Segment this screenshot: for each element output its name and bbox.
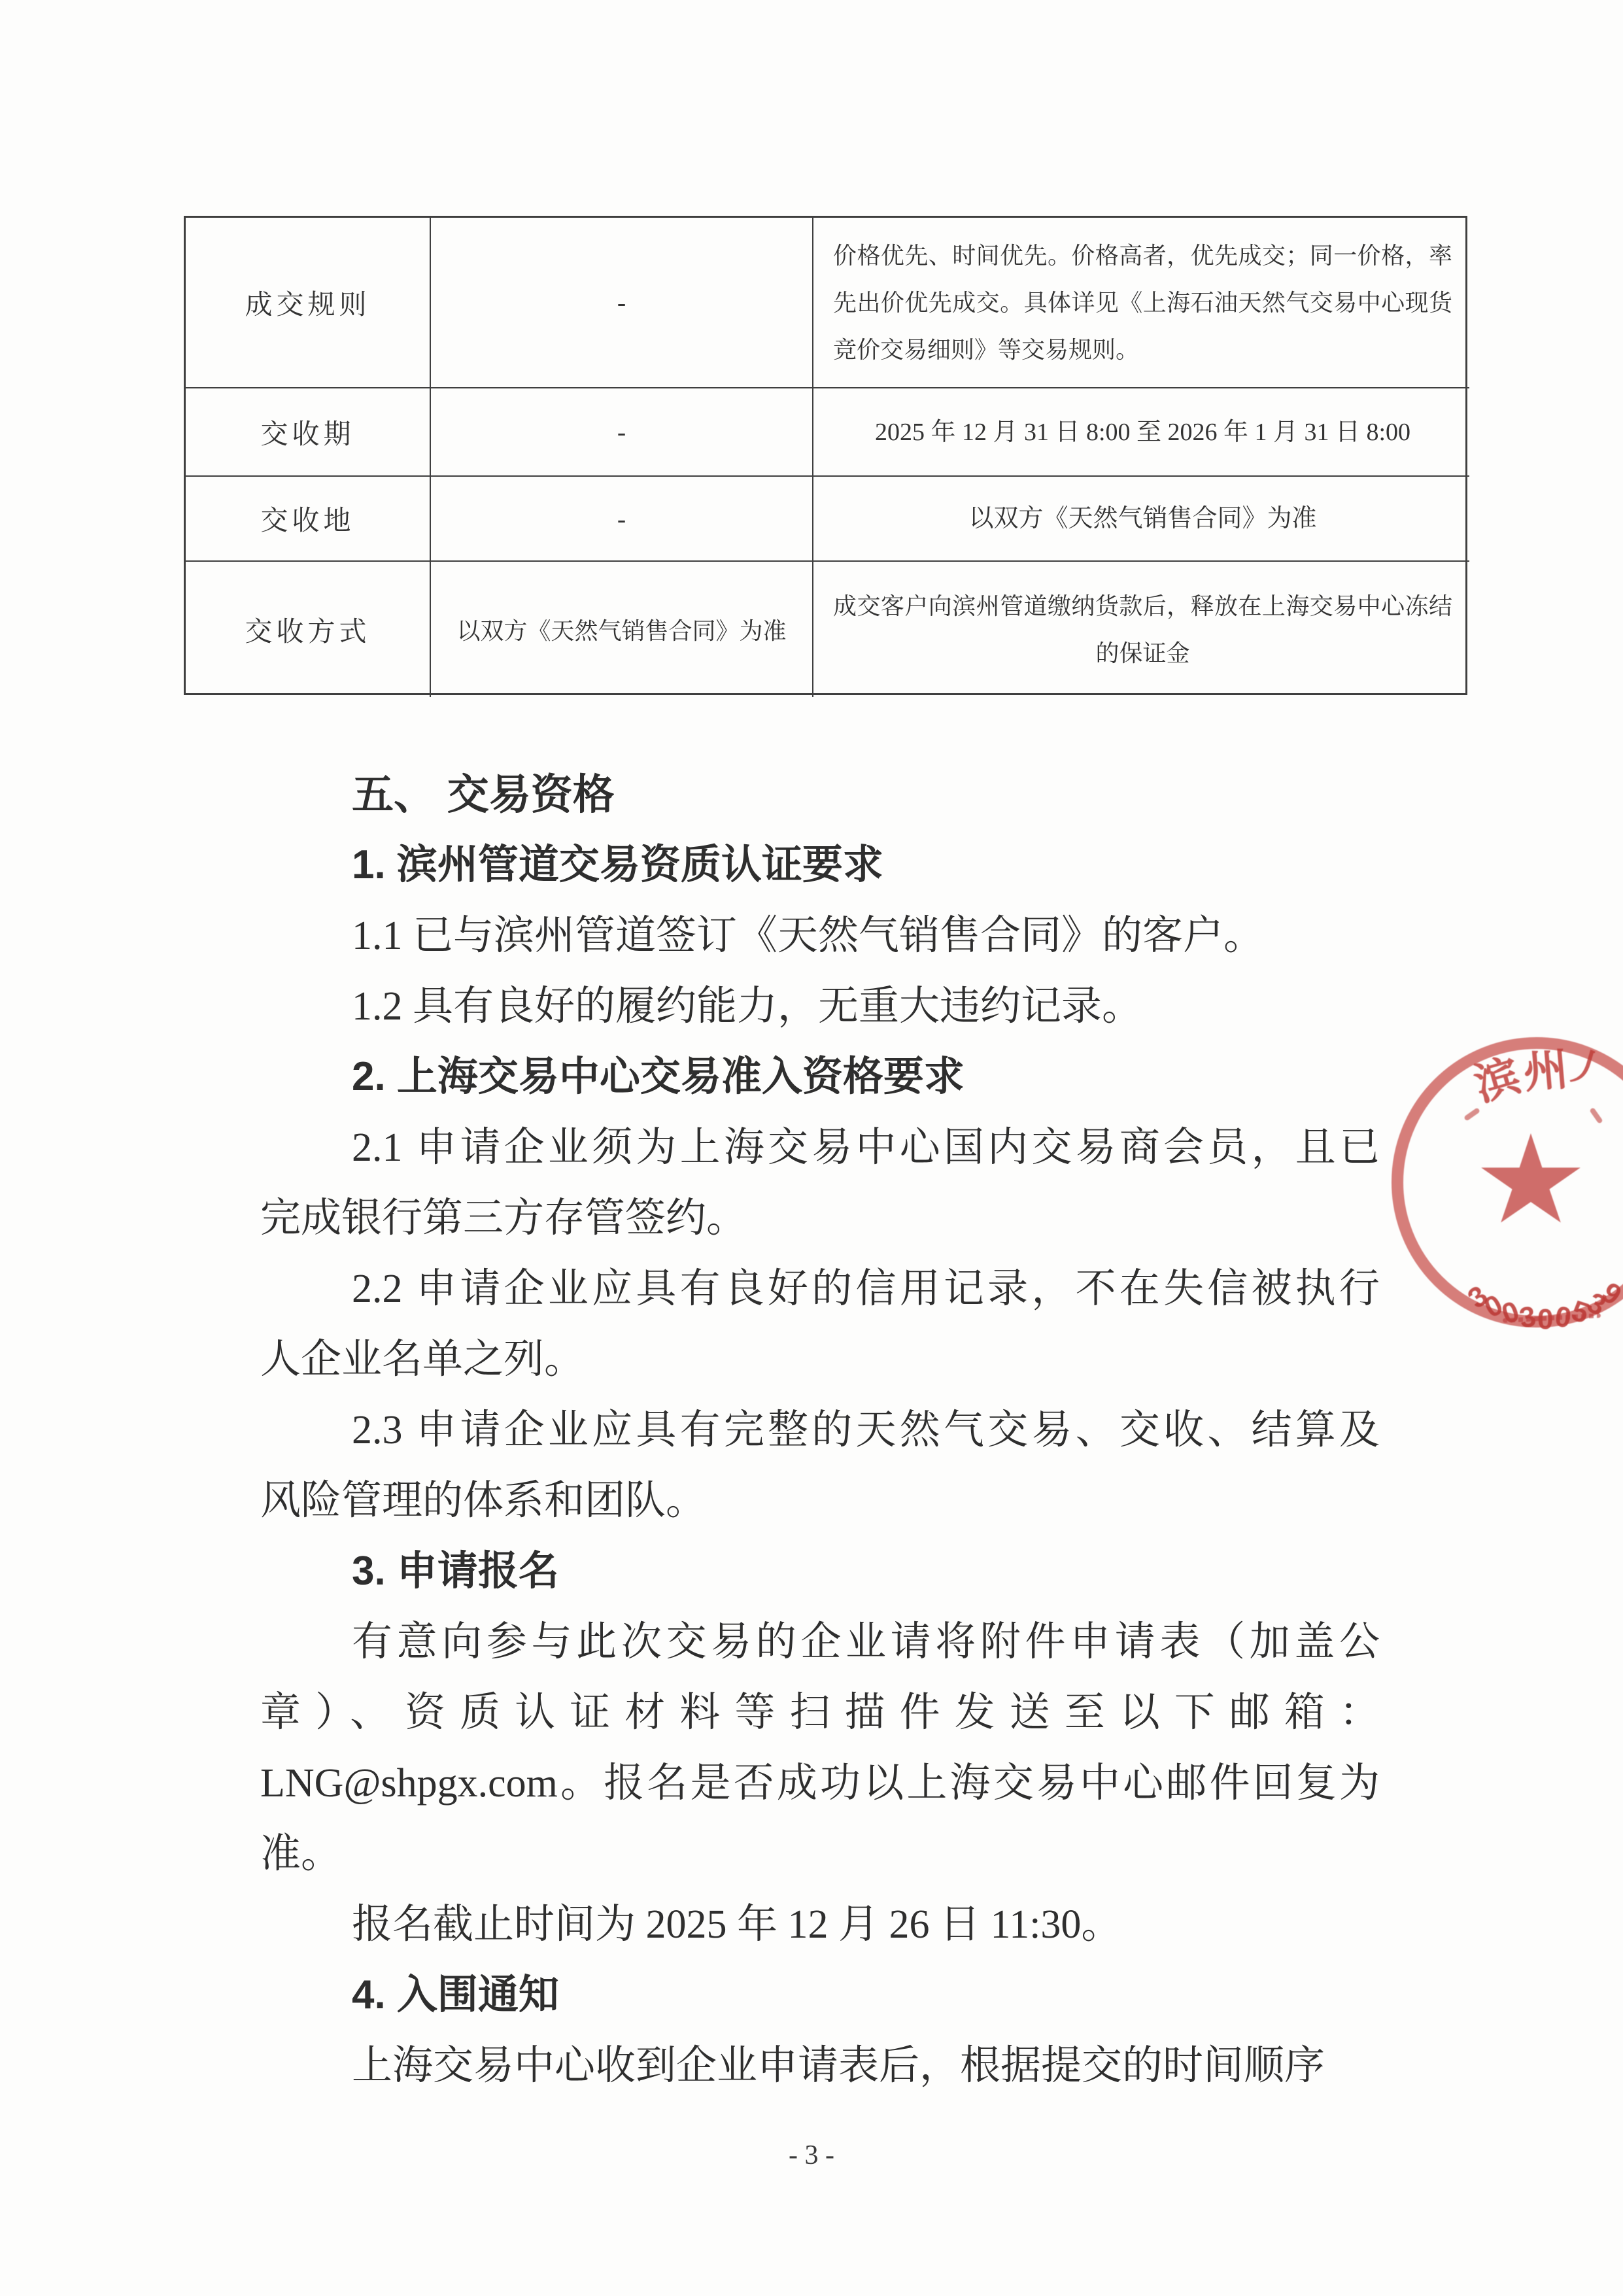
seal-number-digit: 3	[1517, 1302, 1538, 1333]
delivery-place-middle-cell: -	[431, 477, 813, 562]
seal-number-digit: 0	[1498, 1297, 1523, 1329]
body-line: 风险管理的体系和团队。	[260, 1465, 1380, 1536]
delivery-method-line: 的保证金	[833, 630, 1452, 677]
delivery-method-value-cell: 成交客户向滨州管道缴纳货款后，释放在上海交易中心冻结 的保证金	[813, 562, 1469, 697]
delivery-period-value-cell: 2025 年 12 月 31 日 8:00 至 2026 年 1 月 31 日 …	[813, 388, 1469, 477]
body-line: 有意向参与此次交易的企业请将附件申请表（加盖公	[260, 1607, 1380, 1677]
body-line: 完成银行第三方存管签约。	[260, 1183, 1380, 1254]
seal-region-text: 滨	[1470, 1053, 1525, 1108]
body-line: 2.3 申请企业应具有完整的天然气交易、交收、结算及	[260, 1395, 1380, 1465]
seal-partial-glyph: 丿	[1560, 1042, 1610, 1095]
delivery-method-label-cell: 交收方式	[186, 562, 431, 697]
seal-ink-mark	[1463, 1107, 1480, 1121]
body-line: 2.1 申请企业须为上海交易中心国内交易商会员，且已	[260, 1112, 1380, 1183]
seal-region-text: 州	[1522, 1047, 1570, 1095]
subsection-heading: 3. 申请报名	[260, 1536, 1380, 1607]
matching-rule-middle-cell: -	[431, 218, 813, 388]
seal-number-digit: 0	[1553, 1302, 1573, 1333]
delivery-period-line: 2025 年 12 月 31 日 8:00 至 2026 年 1 月 31 日 …	[833, 407, 1452, 458]
delivery-place-label-cell: 交收地	[186, 477, 431, 562]
body-line: 报名截止时间为 2025 年 12 月 26 日 11:30。	[260, 1889, 1380, 1960]
body-line: 2.2 申请企业应具有良好的信用记录，不在失信被执行	[260, 1254, 1380, 1324]
body-line: 准。	[260, 1819, 1380, 1889]
trade-terms-table: 成交规则 - 价格优先、时间优先。价格高者，优先成交；同一价格，率 先出价优先成…	[184, 216, 1467, 695]
seal-ring	[1392, 1037, 1623, 1328]
seal-ink-mark	[1589, 1107, 1603, 1124]
document-body: 五、 交易资格 1. 滨州管道交易资质认证要求 1.1 已与滨州管道签订《天然气…	[260, 759, 1380, 2101]
subsection-heading: 2. 上海交易中心交易准入资格要求	[260, 1042, 1380, 1112]
matching-rule-line: 竞价交易细则》等交易规则。	[833, 326, 1452, 373]
delivery-period-label-cell: 交收期	[186, 388, 431, 477]
section-heading: 五、 交易资格	[260, 759, 1380, 830]
seal-micro-text	[1503, 1313, 1601, 1323]
delivery-place-line: 以双方《天然气销售合同》为准	[833, 493, 1452, 544]
body-line: 章）、资质认证材料等扫描件发送至以下邮箱：	[260, 1677, 1380, 1748]
document-page: 成交规则 - 价格优先、时间优先。价格高者，优先成交；同一价格，率 先出价优先成…	[0, 0, 1623, 2296]
body-line: 1.1 已与滨州管道签订《天然气销售合同》的客户。	[260, 900, 1380, 971]
seal-number-digit: 9	[1597, 1278, 1623, 1311]
delivery-method-line: 成交客户向滨州管道缴纳货款后，释放在上海交易中心冻结	[833, 583, 1452, 630]
subsection-heading: 4. 入围通知	[260, 1960, 1380, 2030]
body-line: 1.2 具有良好的履约能力，无重大违约记录。	[260, 971, 1380, 1042]
matching-rule-label-cell: 成交规则	[186, 218, 431, 388]
seal-number-digit: 3	[1582, 1288, 1610, 1321]
matching-rule-line: 先出价优先成交。具体详见《上海石油天然气交易中心现货	[833, 279, 1452, 326]
seal-number-digit: 5	[1568, 1296, 1592, 1328]
seal-number-digit: 3	[1463, 1281, 1493, 1314]
delivery-place-value-cell: 以双方《天然气销售合同》为准	[813, 477, 1469, 562]
seal-number-digit: 0	[1537, 1305, 1553, 1334]
delivery-method-middle-cell: 以双方《天然气销售合同》为准	[431, 562, 813, 697]
body-line: 上海交易中心收到企业申请表后，根据提交的时间顺序	[260, 2030, 1380, 2101]
subsection-heading: 1. 滨州管道交易资质认证要求	[260, 830, 1380, 900]
delivery-period-middle-cell: -	[431, 388, 813, 477]
matching-rule-value-cell: 价格优先、时间优先。价格高者，优先成交；同一价格，率 先出价优先成交。具体详见《…	[813, 218, 1469, 388]
body-line: 人企业名单之列。	[260, 1324, 1380, 1395]
page-number: - 3 -	[0, 2140, 1623, 2171]
matching-rule-line: 价格优先、时间优先。价格高者，优先成交；同一价格，率	[833, 232, 1452, 279]
seal-star-icon	[1479, 1133, 1582, 1231]
body-line: LNG@shpgx.com。报名是否成功以上海交易中心邮件回复为	[260, 1748, 1380, 1819]
seal-number-digit: 0	[1480, 1290, 1507, 1323]
